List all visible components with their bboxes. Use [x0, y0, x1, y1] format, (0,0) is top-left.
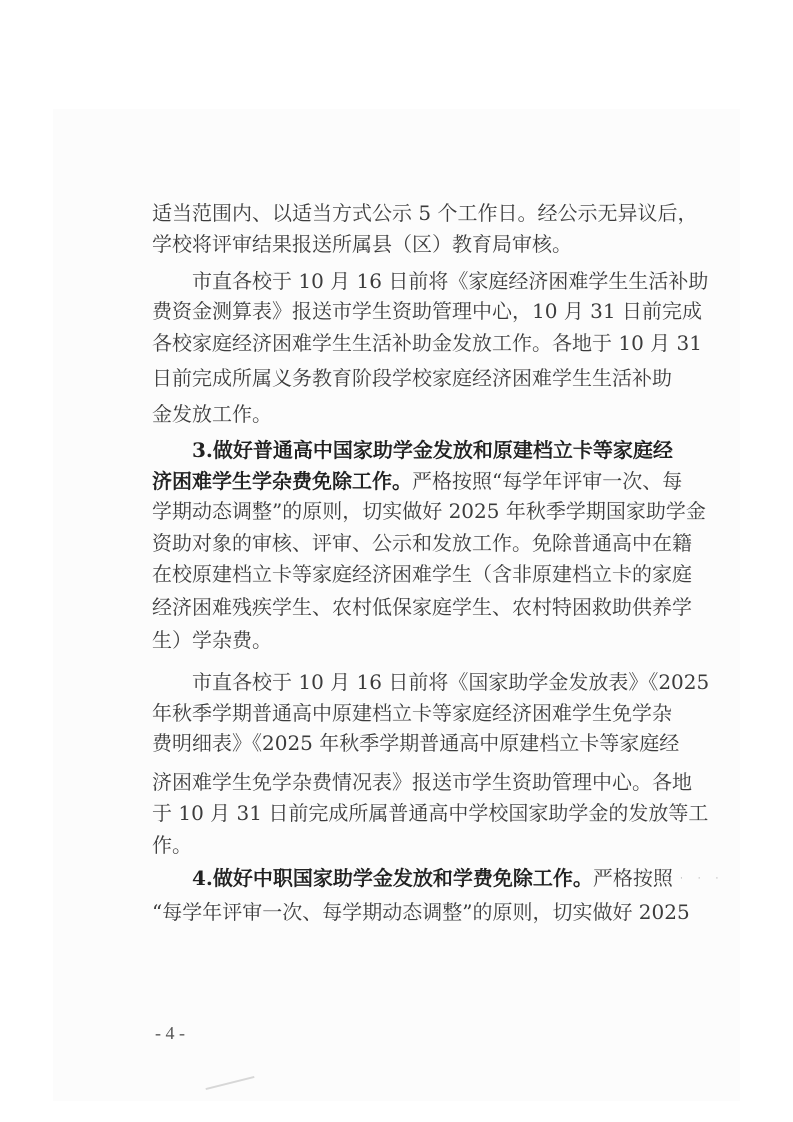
paragraph-line: 市直各校于 10 月 16 日前将《国家助学金发放表》《2025 — [192, 667, 652, 697]
paragraph-line: 4.做好中职国家助学金发放和学费免除工作。严格按照 — [192, 863, 652, 893]
paragraph-line: “每学年评审一次、每学期动态调整”的原则，切实做好 2025 — [152, 897, 652, 927]
paragraph-line: 在校原建档立卡等家庭经济困难学生（含非原建档立卡的家庭 — [152, 559, 652, 589]
paragraph-line: 金发放工作。 — [152, 399, 652, 429]
paragraph-line: 于 10 月 31 日前完成所属普通高中学校国家助学金的发放等工 — [152, 798, 652, 828]
section-heading-4: 4.做好中职国家助学金发放和学费免除工作。 — [192, 866, 593, 890]
paragraph-line: 市直各校于 10 月 16 日前将《家庭经济困难学生生活补助 — [192, 266, 652, 296]
paragraph-line: 日前完成所属义务教育阶段学校家庭经济困难学生生活补助 — [152, 363, 652, 393]
scan-artifact: · · · — [680, 874, 724, 884]
paragraph-line: 费明细表》《2025 年秋季学期普通高中原建档立卡等家庭经 — [152, 728, 652, 758]
paragraph-line: 生）学杂费。 — [152, 625, 652, 655]
paragraph-line: 经济困难残疾学生、农村低保家庭学生、农村特困救助供养学 — [152, 592, 652, 622]
section-heading-3-continued: 济困难学生学杂费免除工作。 — [152, 469, 412, 493]
paragraph-line: 各校家庭经济困难学生生活补助金发放工作。各地于 10 月 31 — [152, 328, 652, 358]
paragraph-line: 济困难学生学杂费免除工作。严格按照“每学年评审一次、每 — [152, 466, 652, 496]
paragraph-line: 学校将评审结果报送所属县（区）教育局审核。 — [152, 229, 652, 259]
page-number: - 4 - — [155, 1020, 185, 1046]
section-heading-3: 3.做好普通高中国家助学金发放和原建档立卡等家庭经 — [192, 435, 652, 465]
paragraph-line: 济困难学生免学杂费情况表》报送市学生资助管理中心。各地 — [152, 767, 652, 797]
paragraph-line: 适当范围内、以适当方式公示 5 个工作日。经公示无异议后， — [152, 198, 652, 228]
paragraph-line: 学期动态调整”的原则，切实做好 2025 年秋季学期国家助学金 — [152, 496, 652, 526]
paragraph-text: 严格按照 — [593, 866, 673, 890]
paragraph-line: 费资金测算表》报送市学生资助管理中心，10 月 31 日前完成 — [152, 296, 652, 326]
paragraph-text: 严格按照“每学年评审一次、每 — [412, 469, 682, 493]
paragraph-line: 年秋季学期普通高中原建档立卡等家庭经济困难学生免学杂 — [152, 698, 652, 728]
paragraph-line: 资助对象的审核、评审、公示和发放工作。免除普通高中在籍 — [152, 528, 652, 558]
paragraph-line: 作。 — [152, 830, 652, 860]
